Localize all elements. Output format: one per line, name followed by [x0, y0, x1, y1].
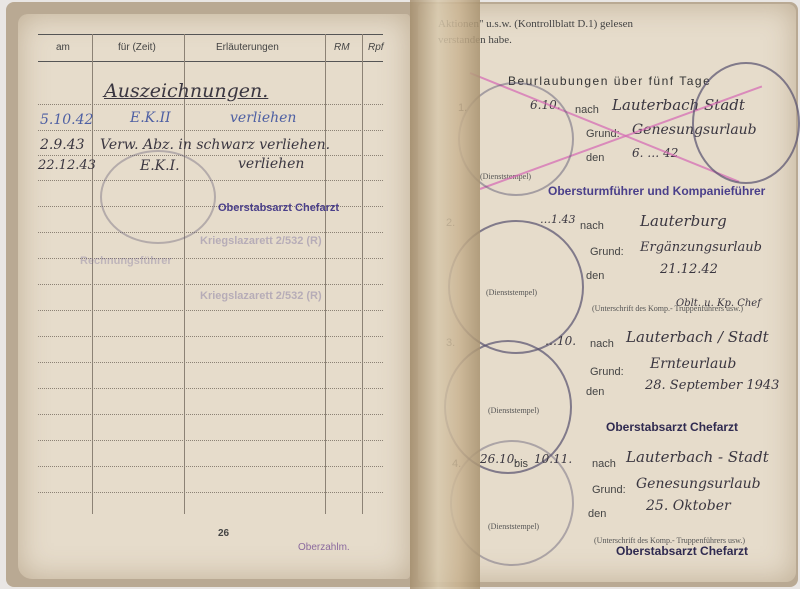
row-line — [38, 362, 383, 363]
row-line — [38, 104, 383, 105]
entry-reason: Genesungsurlaub — [636, 476, 761, 492]
faded-round-stamp — [100, 150, 216, 244]
officer-stamp: Oberstabsarzt Chefarzt — [606, 420, 738, 434]
row-line — [38, 336, 383, 337]
book-spine-tape — [410, 0, 480, 589]
column-divider — [325, 34, 326, 514]
table-header: am für (Zeit) Erläuterungen RM Rpf — [38, 34, 383, 62]
page-number: 26 — [218, 528, 229, 539]
label-nach: nach — [580, 220, 604, 232]
round-stamp — [692, 62, 800, 184]
faded-stamp: Kriegslazarett 2/532 (R) — [200, 235, 322, 247]
label-nach: nach — [575, 104, 599, 116]
row-line — [38, 232, 383, 233]
label-grund: Grund: — [590, 366, 624, 378]
bottom-stamp: Oberzahlm. — [298, 542, 350, 553]
header-fuer-zeit: für (Zeit) — [118, 42, 156, 53]
award-date: 5.10.42 — [40, 112, 93, 128]
entry-reason: Ernteurlaub — [650, 356, 736, 372]
column-divider — [184, 34, 185, 514]
entry-reason: Ergänzungsurlaub — [640, 240, 762, 255]
row-line — [38, 440, 383, 441]
row-line — [38, 310, 383, 311]
entry-destination: Lauterbach / Stadt — [626, 328, 769, 346]
entry-to: …1.43 — [540, 213, 576, 226]
header-rpf: Rpf — [368, 42, 384, 53]
label-den: den — [588, 508, 606, 520]
entry-to: …10. — [545, 334, 576, 348]
label-grund: Grund: — [590, 246, 624, 258]
entry-date: 21.12.42 — [660, 262, 718, 277]
column-divider — [92, 34, 93, 514]
award-text: Verw. Abz. in schwarz verliehen. — [100, 137, 330, 153]
header-erlaeuterungen: Erläuterungen — [216, 42, 279, 53]
officer-stamp: Oberstabsarzt Chefarzt — [616, 544, 748, 558]
row-line — [38, 388, 383, 389]
label-den: den — [586, 386, 604, 398]
row-line — [38, 492, 383, 493]
header-rm: RM — [334, 42, 350, 53]
label-den: den — [586, 152, 604, 164]
award-date: 2.9.43 — [40, 137, 85, 153]
header-am: am — [56, 42, 70, 53]
entry-destination: Lauterburg — [640, 212, 727, 230]
label-den: den — [586, 270, 604, 282]
label-nach: nach — [592, 458, 616, 470]
faded-stamp: Kriegslazarett 2/532 (R) — [200, 290, 322, 302]
entry-date: 28. September 1943 — [645, 378, 779, 393]
row-line — [38, 414, 383, 415]
signature-note: Oblt. u. Kp. Chef — [676, 298, 761, 309]
row-line — [38, 284, 383, 285]
label-nach: nach — [590, 338, 614, 350]
faded-stamp: Rechnungsführer — [80, 255, 172, 267]
row-line — [38, 155, 383, 156]
column-divider — [362, 34, 363, 514]
award-date: 22.12.43 — [38, 158, 96, 173]
award-text: E.K.II — [130, 110, 171, 126]
label-grund: Grund: — [592, 484, 626, 496]
unit-stamp: Obersturmführer und Kompanieführer — [548, 184, 765, 198]
section-title-awards: Auszeichnungen. — [104, 80, 268, 102]
row-line — [38, 466, 383, 467]
award-note: verliehen — [230, 110, 296, 126]
row-line — [38, 130, 383, 131]
entry-destination: Lauterbach - Stadt — [626, 448, 769, 466]
entry-date: 25. Oktober — [646, 498, 731, 514]
award-note: verliehen — [238, 156, 304, 172]
officer-stamp: Oberstabsarzt Chefarzt — [218, 202, 339, 214]
